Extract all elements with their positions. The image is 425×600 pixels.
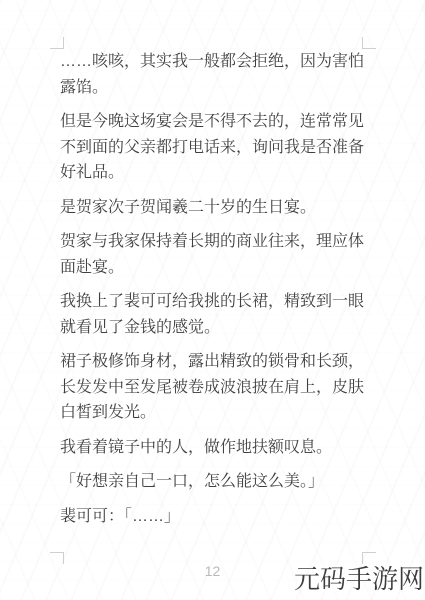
paragraph: 「好想亲自己一口，怎么能这么美。」 [60,469,364,495]
page-text-body: ……咳咳，其实我一般都会拒绝，因为害怕露馅。 但是今晚这场宴会是不得不去的，连常… [60,49,364,538]
paragraph: 裴可可：「……」 [60,504,364,530]
paragraph: 裙子极修饰身材，露出精致的锁骨和长颈，长发发中至发尾被卷成波浪披在肩上，皮肤白皙… [60,349,364,426]
paragraph: 我看着镜子中的人，做作地扶额叹息。 [60,435,364,461]
paragraph: 但是今晚这场宴会是不得不去的，连常常见不到面的父亲都打电话来，询问我是否准备好礼… [60,109,364,186]
paragraph: 贺家与我家保持着长期的商业往来，理应体面赴宴。 [60,229,364,280]
paragraph: 我换上了裴可可给我挑的长裙，精致到一眼就看见了金钱的感觉。 [60,289,364,340]
novel-page: ……咳咳，其实我一般都会拒绝，因为害怕露馅。 但是今晚这场宴会是不得不去的，连常… [0,0,425,600]
site-watermark: 元码手游网 [294,559,424,596]
text-boundary-mark-top-left-icon [50,37,64,49]
paragraph: ……咳咳，其实我一般都会拒绝，因为害怕露馅。 [60,49,364,100]
text-boundary-mark-top-right-icon [362,37,376,49]
paragraph: 是贺家次子贺闻羲二十岁的生日宴。 [60,195,364,221]
